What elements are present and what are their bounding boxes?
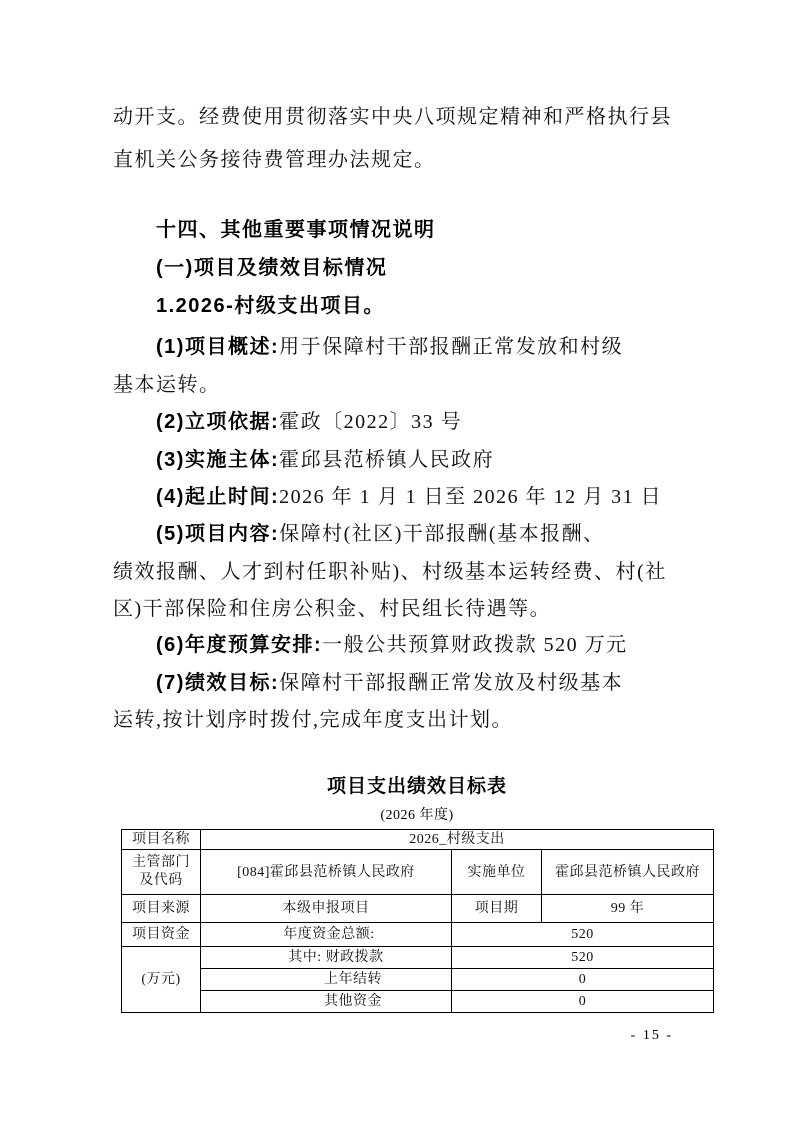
paragraph-line: 直机关公务接待费管理办法规定。 bbox=[113, 147, 685, 173]
line-text: 区)干部保险和住房公积金、村民组长待遇等。 bbox=[113, 598, 551, 620]
line-label: (3)实施主体: bbox=[156, 449, 279, 471]
line-label: (7)绩效目标: bbox=[156, 672, 279, 694]
table-row: 项目资金 年度资金总额: 520 bbox=[122, 923, 714, 947]
line-label: (5)项目内容: bbox=[156, 523, 279, 545]
carryover-label: 上年结转 bbox=[201, 969, 452, 991]
carryover-value: 0 bbox=[452, 969, 714, 991]
annual-total-value: 520 bbox=[452, 923, 714, 947]
project-funds-label: 项目资金 bbox=[122, 923, 201, 947]
annual-total-label: 年度资金总额: bbox=[201, 923, 452, 947]
table-title: 项目支出绩效目标表 bbox=[121, 774, 713, 800]
impl-unit-label: 实施单位 bbox=[452, 850, 542, 895]
heading-label: 十四、其他重要事项情况说明 bbox=[156, 219, 436, 241]
paragraph-line: (6)年度预算安排:一般公共预算财政拨款 520 万元 bbox=[156, 632, 685, 658]
performance-target-table: 项目名称 2026_村级支出 主管部门 及代码 [084]霍邱县范桥镇人民政府 … bbox=[121, 829, 714, 1013]
other-funds-value: 0 bbox=[452, 991, 714, 1013]
line-label: (1)项目概述: bbox=[156, 336, 279, 358]
paragraph-line: 绩效报酬、人才到村任职补贴)、村级基本运转经费、村(社 bbox=[113, 559, 685, 585]
paragraph-line: 动开支。经费使用贯彻落实中央八项规定精神和严格执行县 bbox=[113, 104, 685, 130]
table-row: 主管部门 及代码 [084]霍邱县范桥镇人民政府 实施单位 霍邱县范桥镇人民政府 bbox=[122, 850, 714, 895]
table-row: 项目来源 本级申报项目 项目期 99 年 bbox=[122, 895, 714, 923]
line-text: 绩效报酬、人才到村任职补贴)、村级基本运转经费、村(社 bbox=[113, 561, 667, 583]
paragraph-line: (4)起止时间:2026 年 1 月 1 日至 2026 年 12 月 31 日 bbox=[156, 484, 685, 510]
page-number: - 15 - bbox=[631, 1026, 673, 1046]
paragraph-line: (3)实施主体:霍邱县范桥镇人民政府 bbox=[156, 447, 685, 473]
line-text: 一般公共预算财政拨款 520 万元 bbox=[322, 634, 628, 656]
other-funds-label: 其他资金 bbox=[201, 991, 452, 1013]
line-text: 用于保障村干部报酬正常发放和村级 bbox=[279, 336, 623, 358]
project-name-value: 2026_村级支出 bbox=[201, 830, 714, 850]
dept-code-label: 主管部门 及代码 bbox=[122, 850, 201, 895]
table-subtitle: (2026 年度) bbox=[121, 806, 713, 826]
fiscal-allocation-value: 520 bbox=[452, 947, 714, 969]
dept-code-label-line1: 主管部门 bbox=[124, 854, 198, 872]
dept-value: [084]霍邱县范桥镇人民政府 bbox=[201, 850, 452, 895]
project-source-label: 项目来源 bbox=[122, 895, 201, 923]
line-text: 运转,按计划序时拨付,完成年度支出计划。 bbox=[113, 709, 513, 731]
table-row: 其他资金 0 bbox=[122, 991, 714, 1013]
line-label: (2)立项依据: bbox=[156, 411, 279, 433]
section-heading: 十四、其他重要事项情况说明 bbox=[156, 217, 685, 243]
line-text: 2026 年 1 月 1 日至 2026 年 12 月 31 日 bbox=[279, 486, 662, 508]
table-row: 项目名称 2026_村级支出 bbox=[122, 830, 714, 850]
line-label: (4)起止时间: bbox=[156, 486, 279, 508]
project-source-value: 本级申报项目 bbox=[201, 895, 452, 923]
paragraph-line: (2)立项依据:霍政〔2022〕33 号 bbox=[156, 409, 685, 435]
heading-label: 1.2026-村级支出项目。 bbox=[156, 295, 385, 317]
unit-wanyuan-label: (万元) bbox=[122, 947, 201, 1013]
document-page: 动开支。经费使用贯彻落实中央八项规定精神和严格执行县 直机关公务接待费管理办法规… bbox=[0, 0, 793, 1122]
line-label: (6)年度预算安排: bbox=[156, 634, 322, 656]
project-period-value: 99 年 bbox=[542, 895, 714, 923]
heading-label: (一)项目及绩效目标情况 bbox=[156, 257, 387, 279]
paragraph-line: (1)项目概述:用于保障村干部报酬正常发放和村级 bbox=[156, 334, 685, 360]
paragraph-line: (5)项目内容:保障村(社区)干部报酬(基本报酬、 bbox=[156, 521, 685, 547]
line-text: 霍政〔2022〕33 号 bbox=[279, 411, 462, 433]
paragraph-line: (7)绩效目标:保障村干部报酬正常发放及村级基本 bbox=[156, 670, 685, 696]
project-name-label: 项目名称 bbox=[122, 830, 201, 850]
line-text: 直机关公务接待费管理办法规定。 bbox=[113, 149, 436, 171]
project-period-label: 项目期 bbox=[452, 895, 542, 923]
line-text: 霍邱县范桥镇人民政府 bbox=[279, 449, 494, 471]
impl-unit-value: 霍邱县范桥镇人民政府 bbox=[542, 850, 714, 895]
line-text: 动开支。经费使用贯彻落实中央八项规定精神和严格执行县 bbox=[113, 106, 672, 128]
line-text: 保障村(社区)干部报酬(基本报酬、 bbox=[279, 523, 604, 545]
table-row: 上年结转 0 bbox=[122, 969, 714, 991]
line-text: 保障村干部报酬正常发放及村级基本 bbox=[279, 672, 623, 694]
paragraph-line: 区)干部保险和住房公积金、村民组长待遇等。 bbox=[113, 596, 685, 622]
line-text: 基本运转。 bbox=[113, 374, 221, 396]
paragraph-line: 基本运转。 bbox=[113, 372, 685, 398]
paragraph-line: 运转,按计划序时拨付,完成年度支出计划。 bbox=[113, 707, 685, 733]
item-heading: 1.2026-村级支出项目。 bbox=[156, 293, 685, 319]
subsection-heading: (一)项目及绩效目标情况 bbox=[156, 255, 685, 281]
dept-code-label-line2: 及代码 bbox=[124, 872, 198, 890]
table-row: (万元) 其中: 财政拨款 520 bbox=[122, 947, 714, 969]
fiscal-allocation-label: 其中: 财政拨款 bbox=[201, 947, 452, 969]
